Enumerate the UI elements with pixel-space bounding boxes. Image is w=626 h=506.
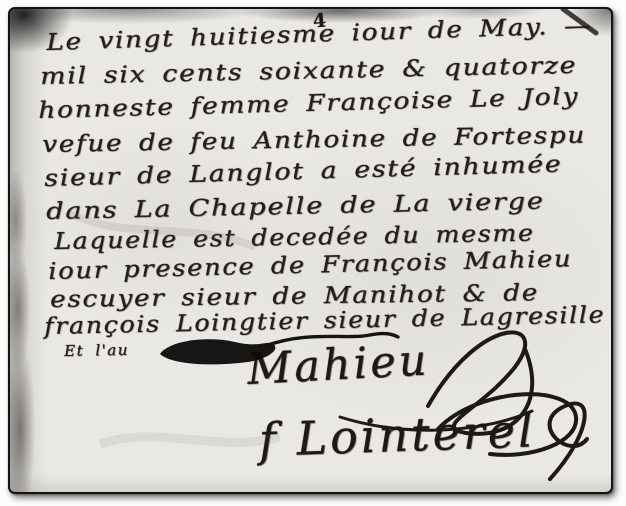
scanned-document: 4 Le vingt huitiesme iour de May. — mil … xyxy=(8,7,613,494)
manuscript-line: sieur de Langlot a esté inhumée xyxy=(44,152,563,192)
manuscript-line: dans La Chapelle de La vierge xyxy=(46,189,545,225)
ghost-stroke xyxy=(100,437,280,444)
manuscript-line: mil six cents soixante & quatorze xyxy=(40,53,577,90)
page: 4 Le vingt huitiesme iour de May. — mil … xyxy=(0,0,626,506)
manuscript-line: Et l'au xyxy=(64,341,129,360)
signature-mahieu: Mahieu xyxy=(246,335,431,394)
signature-flourish xyxy=(550,403,587,479)
signature-lointerel: f Lointerel xyxy=(258,403,537,467)
manuscript-line: honneste femme Françoise Le Joly xyxy=(38,84,579,124)
